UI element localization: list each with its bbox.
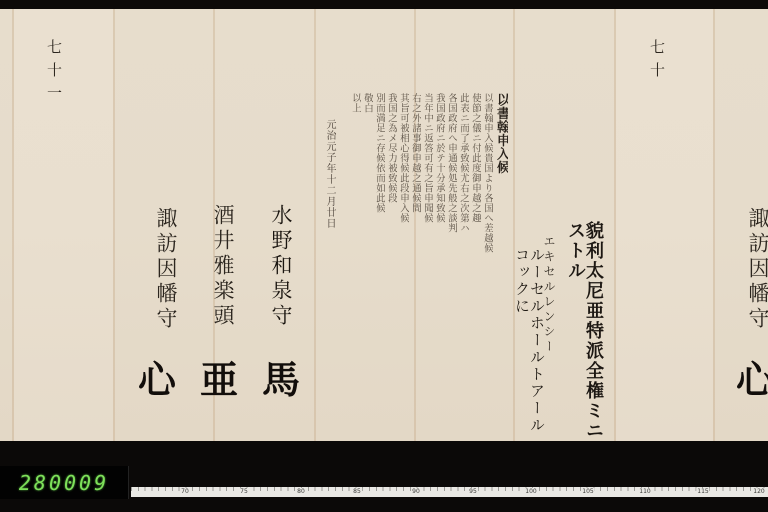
document-scroll: 七十一 七十 水野和泉守 酒井雅楽頭 諏訪因幡守 馬 亜 心 以書翰申入候 以書… [0,9,768,441]
measurement-ruler: 70 75 80 85 90 95 100 105 110 115 120 [131,487,768,497]
ruler-tick-label: 95 [468,488,478,496]
letter-body: 以書翰申入候 以書翰申入候貴国より各国へ差越候 使節之儀ニ付此度御申越之趣 此表… [340,93,508,433]
ruler-tick-label: 120 [752,488,765,496]
envoy-title: 貌利太尼亜特派全権ミニストル [566,221,602,441]
letter-column: 当年中ニ返答可有之旨申聞候 [422,93,433,423]
kao-seal-fragment: 心 [736,349,768,404]
fold-line [713,9,715,441]
fold-line [314,9,316,441]
frame-counter-value: 280009 [19,471,109,495]
fold-line [113,9,115,441]
letter-column: 以書翰申入候貴国より各国へ差越候 [482,93,493,423]
letter-column: 我国之為メ尽力被致候段 [386,93,397,423]
letter-column: 其旨可被相心得候此段申入候 [398,93,409,423]
ruler-tick-label: 100 [524,488,537,496]
ruler-tick-label: 70 [180,488,190,496]
letter-column: 右之外諸事御申越之通候間 [410,93,421,423]
ruler-tick-label: 110 [638,488,651,496]
letter-column: 以上 [350,93,361,423]
page-number-left: 七十一 [46,39,61,108]
ruler-tick-label: 105 [581,488,594,496]
kao-seal-sakai: 亜 [200,349,240,404]
ruler-tick-label: 80 [296,488,306,496]
letter-heading: 以書翰申入候 [494,93,508,423]
scanner-top-border [0,0,768,9]
ruler-tick-label: 115 [696,488,709,496]
signatory-mizuno: 水野和泉守 [270,204,291,329]
letter-column: 各国政府へ申通候処先般之談判 [446,93,457,423]
kao-seal-mizuno: 馬 [262,349,302,404]
ruler-tick-label: 85 [352,488,362,496]
signatory-sakai: 酒井雅楽頭 [212,204,233,329]
panel-highlight [14,9,113,441]
letter-column: 使節之儀ニ付此度御申越之趣 [470,93,481,423]
letter-date: 元治元子年十二月廿日 [324,119,334,229]
ruler-tick-label: 90 [411,488,421,496]
signatory-fragment-right: 諏訪因幡守 [747,207,768,332]
signatory-suwa: 諏訪因幡守 [155,207,176,332]
page-number-right: 七十 [649,39,664,85]
ruler-tick-label: 75 [239,488,249,496]
frame-counter-display: 280009 [0,466,129,499]
kao-seal-suwa: 心 [138,349,178,404]
letter-column: 我国政府ニ於テ十分承知致候 [434,93,445,423]
envoy-name: ルーセルホールトアールコックに [514,247,544,441]
letter-column: 敬白 [362,93,373,423]
letter-column: 此表ニ而了承致候尤右之次第ハ [458,93,469,423]
letter-column: 別而満足ニ存候依而如此候 [374,93,385,423]
